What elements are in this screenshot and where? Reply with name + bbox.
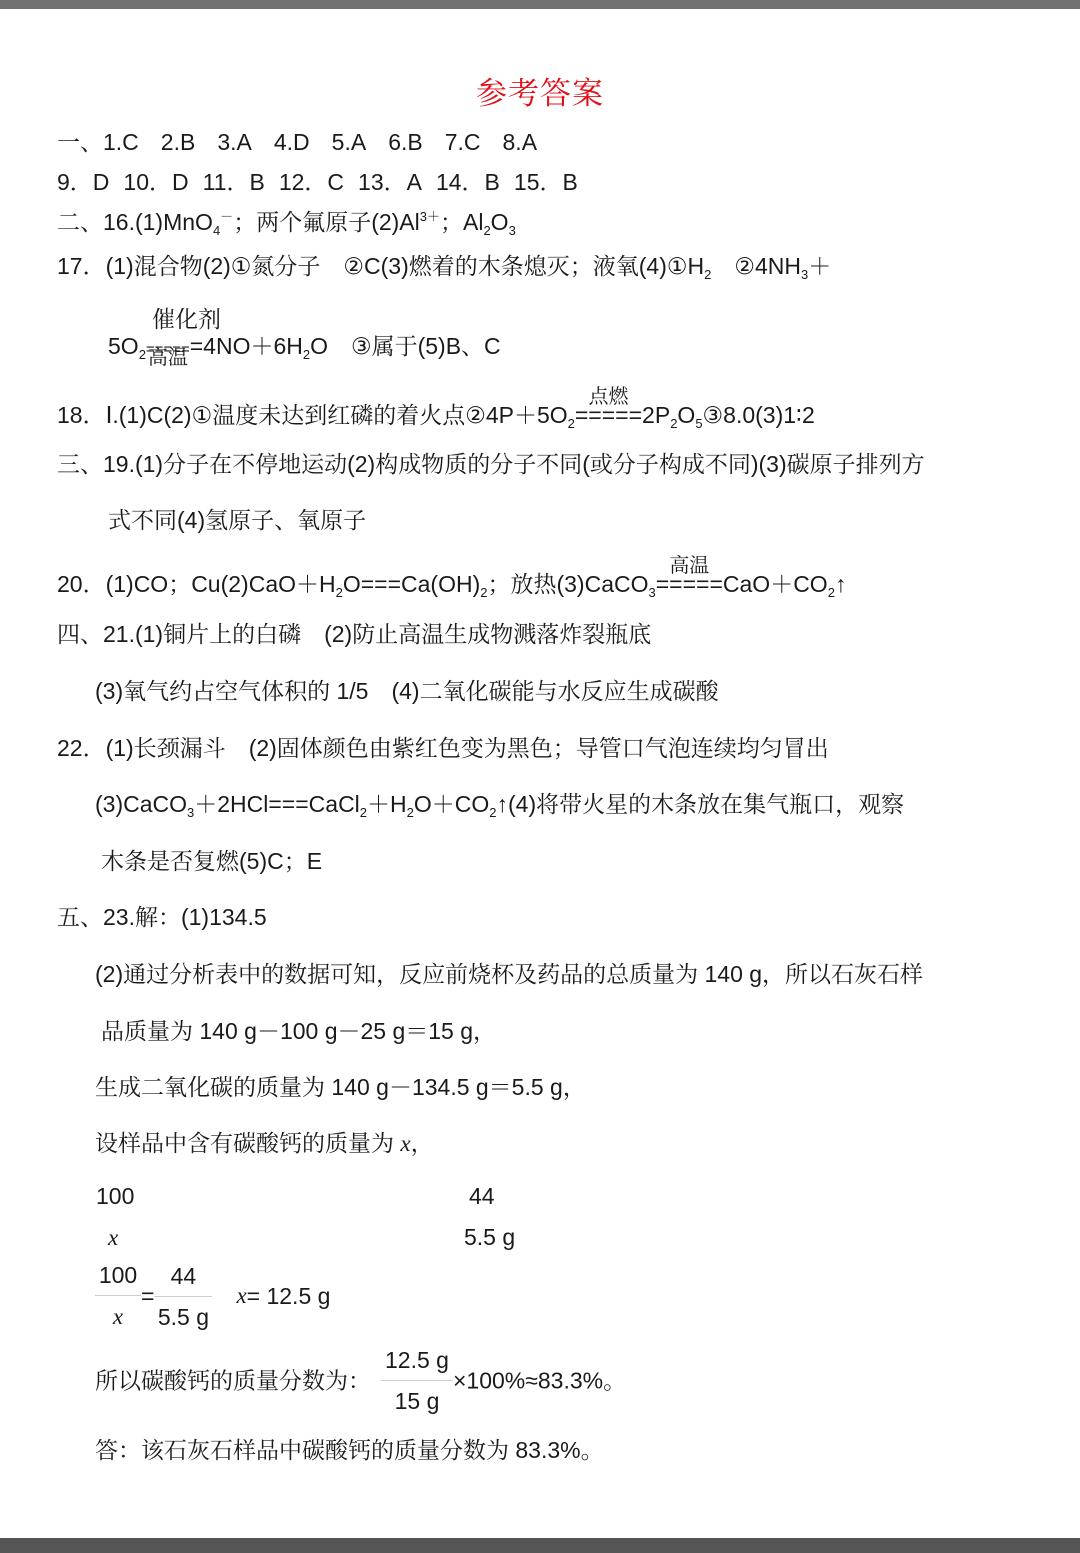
answer-13: 13．A <box>358 169 422 195</box>
answer-22-line-1: 22．(1)长颈漏斗 (2)固体颜色由紫红色变为黑色；导管口气泡连续均匀冒出 <box>57 734 829 762</box>
ratio-right-bottom: 5.5 g <box>464 1223 515 1251</box>
reaction-condition: =====高温 <box>146 332 190 364</box>
answer-4: 4.D <box>274 129 310 155</box>
top-border <box>0 0 1080 9</box>
fraction-12.5g-over-15g: 12.5 g15 g <box>381 1340 453 1421</box>
catalyst-label: 催化剂 <box>152 305 221 333</box>
answer-23-line-4: 生成二氧化碳的质量为 140 g－134.5 g＝5.5 g， <box>95 1073 586 1101</box>
fraction-100-over-x: 100x <box>95 1255 141 1337</box>
mass-fraction-calculation: 所以碳酸钙的质量分数为：12.5 g15 g×100%≈83.3%。 <box>95 1340 626 1421</box>
answer-21-line-2: (3)氧气约占空气体积的 1/5 (4)二氧化碳能与水反应生成碳酸 <box>95 677 719 705</box>
answer-8: 8.A <box>503 129 538 155</box>
answer-20: 20．(1)CO；Cu(2)CaO＋H2O===Ca(OH)2；放热(3)CaC… <box>57 570 846 598</box>
answer-22-line-3: 木条是否复燃(5)C；E <box>101 847 322 875</box>
answer-12: 12．C <box>279 169 344 195</box>
reaction-condition: 点燃===== <box>575 401 642 429</box>
fraction-44-over-5.5g: 445.5 g <box>154 1256 212 1337</box>
answer-11: 11．B <box>203 169 265 195</box>
answer-18: 18．Ⅰ.(1)C(2)①温度未达到红磷的着火点②4P＋5O2点燃=====2P… <box>57 401 815 429</box>
answers-row-2: 9．D10．D11．B12．C13．A14．B15．B <box>57 168 578 196</box>
answer-16: 二、16.(1)MnO4－；两个氟原子(2)Al3＋；Al2O3 <box>57 208 516 236</box>
answer-9: 9．D <box>57 169 109 195</box>
ratio-right-top: 44 <box>469 1182 495 1210</box>
answer-10: 10．D <box>123 169 188 195</box>
reaction-condition: 高温===== <box>656 570 723 598</box>
final-answer: 答：该石灰石样品中碳酸钙的质量分数为 83.3%。 <box>95 1436 604 1464</box>
answer-15: 15．B <box>514 169 578 195</box>
answer-2: 2.B <box>161 129 196 155</box>
answer-17-line-1: 17．(1)混合物(2)①氮分子 ②C(3)燃着的木条熄灭；液氧(4)①H2 ②… <box>57 252 831 280</box>
answer-5: 5.A <box>332 129 367 155</box>
answer-23-line-2: (2)通过分析表中的数据可知，反应前烧杯及药品的总质量为 140 g，所以石灰石… <box>95 960 923 988</box>
ratio-left-top: 100 <box>96 1182 134 1210</box>
answer-1: 1.C <box>103 129 139 155</box>
answer-14: 14．B <box>436 169 500 195</box>
answer-23-line-3: 品质量为 140 g－100 g－25 g＝15 g， <box>101 1017 496 1045</box>
answer-19-line-1: 三、19.(1)分子在不停地运动(2)构成物质的分子不同(或分子构成不同)(3)… <box>57 450 925 478</box>
proportion-equation: 100x=445.5 gx= 12.5 g <box>95 1255 330 1337</box>
page-title: 参考答案 <box>0 68 1080 113</box>
answer-17-line-2: 5O2=====高温=4NO＋6H2O ③属于(5)B、C <box>108 332 501 364</box>
answer-3: 3.A <box>217 129 252 155</box>
answer-23-line-1: 五、23.解：(1)134.5 <box>57 903 267 931</box>
answer-23-line-5: 设样品中含有碳酸钙的质量为 x， <box>95 1129 434 1158</box>
answer-22-line-2: (3)CaCO3＋2HCl===CaCl2＋H2O＋CO2↑(4)将带火星的木条… <box>95 790 904 818</box>
answer-6: 6.B <box>388 129 423 155</box>
answer-7: 7.C <box>445 129 481 155</box>
ratio-left-bottom: x <box>108 1223 118 1252</box>
bottom-border <box>0 1538 1080 1553</box>
answer-21-line-1: 四、21.(1)铜片上的白磷 (2)防止高温生成物溅落炸裂瓶底 <box>57 620 651 648</box>
answer-19-line-2: 式不同(4)氢原子、氧原子 <box>108 506 366 534</box>
answers-row-1: 一、1.C2.B3.A4.D5.A6.B7.C8.A <box>57 128 537 156</box>
